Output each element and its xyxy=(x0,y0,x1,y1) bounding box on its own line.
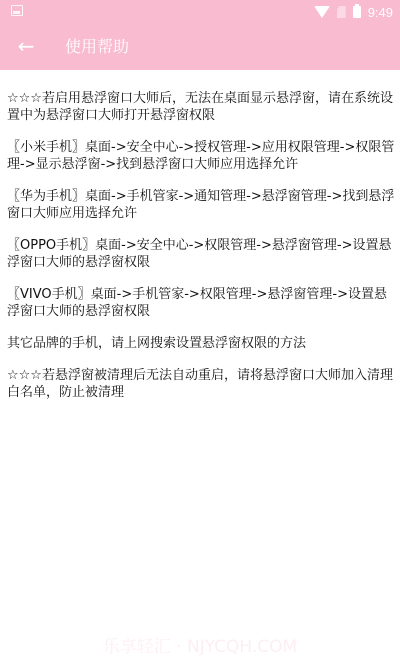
help-paragraph-vivo: 〖VIVO手机〗桌面->手机管家->权限管理->悬浮窗管理->设置悬浮窗口大师的… xyxy=(7,286,395,320)
status-icons: 9:49 xyxy=(314,0,393,24)
app-bar: ← 使用帮助 xyxy=(0,24,400,70)
no-sim-icon xyxy=(337,6,346,18)
image-notification-icon xyxy=(11,5,23,16)
wifi-icon xyxy=(314,6,330,18)
help-paragraph-xiaomi: 〖小米手机〗桌面->安全中心->授权管理->应用权限管理->权限管理->显示悬浮… xyxy=(7,139,395,173)
help-paragraph-oppo: 〖OPPO手机〗桌面->安全中心->权限管理->悬浮窗管理->设置悬浮窗口大师的… xyxy=(7,237,395,271)
page-title: 使用帮助 xyxy=(65,36,129,58)
help-paragraph-whitelist: ☆☆☆若悬浮窗被清理后无法自动重启，请将悬浮窗口大师加入清理白名单，防止被清理 xyxy=(7,367,395,401)
help-paragraph-huawei: 〖华为手机〗桌面->手机管家->通知管理->悬浮窗管理->找到悬浮窗口大师应用选… xyxy=(7,188,395,222)
back-button[interactable]: ← xyxy=(8,28,44,64)
help-paragraph-general: ☆☆☆若启用悬浮窗口大师后，无法在桌面显示悬浮窗，请在系统设置中为悬浮窗口大师打… xyxy=(7,90,395,124)
help-paragraph-other-brands: 其它品牌的手机，请上网搜索设置悬浮窗权限的方法 xyxy=(7,335,395,352)
status-bar: 9:49 xyxy=(0,0,400,24)
status-time: 9:49 xyxy=(368,5,393,20)
battery-charging-icon xyxy=(353,6,361,18)
arrow-left-icon: ← xyxy=(18,34,35,58)
help-content: ☆☆☆若启用悬浮窗口大师后，无法在桌面显示悬浮窗，请在系统设置中为悬浮窗口大师打… xyxy=(7,90,395,416)
watermark: 乐享轻汇 · NJYCQH.COM xyxy=(0,632,400,657)
